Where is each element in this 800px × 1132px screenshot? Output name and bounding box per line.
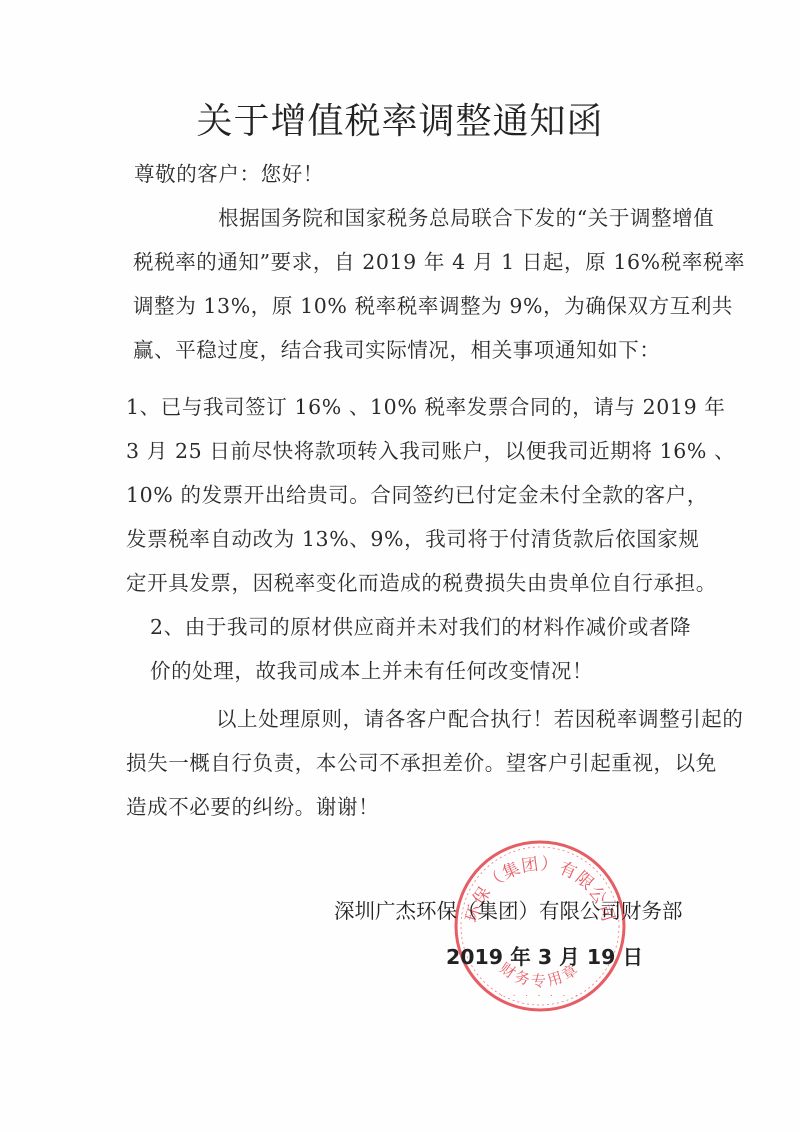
- signature-department: 深圳广杰环保（集团）有限公司财务部: [334, 897, 683, 925]
- closing-line-2: 损失一概自行负责，本公司不承担差价。望客户引起重视，以免: [126, 749, 717, 777]
- intro-line-4: 赢、平稳过度，结合我司实际情况，相关事项通知如下：: [133, 336, 661, 364]
- closing-line-1: 以上处理原则，请各客户配合执行！若因税率调整引起的: [216, 705, 744, 733]
- item2-line-2: 价的处理，故我司成本上并未有任何改变情况！: [150, 657, 593, 685]
- signature-date: 2019 年 3 月 19 日: [446, 943, 643, 971]
- letter-page: 关于增值税率调整通知函 尊敬的客户：您好！ 根据国务院和国家税务总局联合下发的“…: [0, 0, 800, 1132]
- greeting: 尊敬的客户：您好！: [134, 160, 324, 188]
- svg-text:· · · · · · ·: · · · · · · ·: [500, 992, 581, 1000]
- item2-line-1: 2、由于我司的原材供应商并未对我们的材料作减价或者降: [150, 613, 691, 641]
- item1-line-3: 10% 的发票开出给贵司。合同签约已付定金未付全款的客户，: [126, 481, 708, 509]
- intro-line-3: 调整为 13%，原 10% 税率税率调整为 9%，为确保双方互利共: [133, 292, 733, 320]
- intro-line-2: 税税率的通知”要求，自 2019 年 4 月 1 日起，原 16%税率税率: [133, 248, 745, 276]
- item1-line-1: 1、已与我司签订 16% 、10% 税率发票合同的，请与 2019 年: [126, 393, 725, 421]
- closing-line-3: 造成不必要的纠纷。谢谢！: [126, 793, 379, 821]
- document-title: 关于增值税率调整通知函: [0, 100, 800, 144]
- item1-line-4: 发票税率自动改为 13%、9%，我司将于付清货款后依国家规: [126, 525, 700, 553]
- item1-line-2: 3 月 25 日前尽快将款项转入我司账户，以便我司近期将 16% 、: [126, 437, 735, 465]
- intro-line-1: 根据国务院和国家税务总局联合下发的“关于调整增值: [218, 204, 714, 232]
- item1-line-5: 定开具发票，因税率变化而造成的税费损失由贵单位自行承担。: [126, 569, 717, 597]
- company-seal-icon: 环保（集团）有限公司 财务专用章 · · · · · · ·: [452, 838, 628, 1014]
